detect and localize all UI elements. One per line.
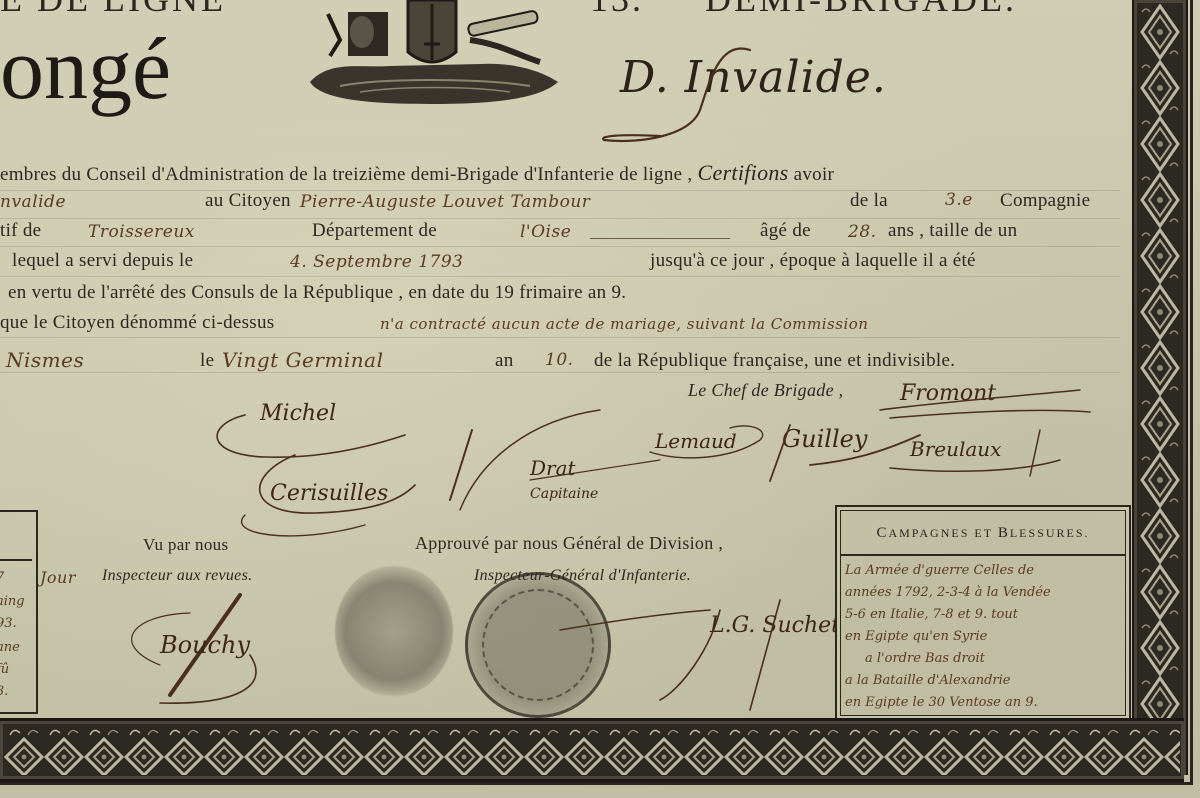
left-box-line: aing bbox=[0, 594, 25, 609]
body-text: jusqu'à ce jour , époque à laquelle il a… bbox=[650, 250, 976, 272]
header-number: 13. bbox=[590, 0, 644, 20]
body-text: de la République française, une et indiv… bbox=[594, 350, 955, 372]
left-box-line: 3. bbox=[0, 684, 8, 699]
hand-invalide: nvalide bbox=[0, 192, 66, 212]
hand-birthplace: Troissereux bbox=[88, 222, 195, 242]
campagnes-line: La Armée d'guerre Celles de bbox=[845, 563, 1034, 578]
header-right-caps: DEMI-BRIGADE. bbox=[705, 0, 1017, 20]
svg-text:Breulaux: Breulaux bbox=[909, 437, 1001, 461]
svg-text:L.G. Suchet: L.G. Suchet bbox=[709, 613, 840, 638]
body-text: âgé de bbox=[760, 220, 811, 242]
campagnes-line: années 1792, 2-3-4 à la Vendée bbox=[845, 585, 1051, 600]
svg-text:Cerisuilles: Cerisuilles bbox=[270, 481, 388, 506]
paper-rule bbox=[0, 218, 1120, 219]
signature-suchet: L.G. Suchet bbox=[600, 590, 820, 715]
signature-bouchy: Bouchy bbox=[100, 585, 340, 710]
svg-text:Capitaine: Capitaine bbox=[530, 486, 598, 502]
body-text: que le Citoyen dénommé ci-dessus bbox=[0, 312, 275, 334]
border-outer-line bbox=[0, 782, 1193, 785]
paper-rule bbox=[0, 337, 1120, 338]
hand-soldier-name: Pierre-Auguste Louvet Tambour bbox=[300, 192, 590, 212]
signature-michel-cerisuilles: Michel Cerisuilles bbox=[205, 385, 445, 545]
hand-year: 10. bbox=[545, 350, 574, 370]
left-box-line: 93. bbox=[0, 616, 17, 631]
svg-text:Drat: Drat bbox=[529, 456, 577, 480]
hand-marriage-note: n'a contracté aucun acte de mariage, sui… bbox=[380, 315, 868, 333]
certifions-text: Certifions bbox=[698, 160, 789, 185]
body-text: avoir bbox=[794, 164, 835, 185]
campagnes-et-blessures-box: CAMPAGNES ET BLESSURES. La Armée d'guerr… bbox=[835, 505, 1131, 721]
svg-text:Guilley: Guilley bbox=[782, 425, 868, 453]
body-text: lequel a servi depuis le bbox=[12, 250, 193, 272]
vu-par-nous: Vu par nous bbox=[143, 535, 228, 555]
hand-company: 3.e bbox=[945, 190, 973, 210]
border-pattern-icon bbox=[1138, 4, 1182, 771]
border-outer-line bbox=[1190, 0, 1193, 785]
chef-de-brigade-label: Le Chef de Brigade , bbox=[688, 380, 843, 401]
signature-drat: Drat Capitaine bbox=[420, 400, 660, 530]
signature-breulaux: Breulaux bbox=[890, 420, 1090, 490]
body-text: Département de bbox=[312, 220, 437, 242]
ink-seal-left bbox=[335, 565, 453, 697]
border-pattern-icon bbox=[4, 725, 1180, 775]
approuve-par-nous: Approuvé par nous Général de Division , bbox=[415, 533, 723, 554]
ink-seal-right bbox=[465, 572, 611, 718]
campagnes-separator bbox=[841, 554, 1125, 556]
inspecteur-aux-revues: Inspecteur aux revues. bbox=[102, 567, 252, 585]
invalide-flourish bbox=[600, 40, 840, 150]
campagnes-line: a la Bataille d'Alexandrie bbox=[845, 673, 1010, 688]
signature-lemaud: Lemaud bbox=[640, 410, 780, 480]
header-left-caps: E DE LIGNE bbox=[0, 0, 226, 20]
svg-text:Michel: Michel bbox=[259, 401, 336, 426]
document-page: E DE LIGNE 13. DEMI-BRIGADE. ongé D. Inv… bbox=[0, 0, 1200, 798]
left-table-box: 7 aing 93. ane fû 3. bbox=[0, 510, 38, 714]
hand-place: Nismes bbox=[6, 348, 84, 372]
body-text: tif de bbox=[0, 220, 41, 242]
paper-rule bbox=[0, 276, 1120, 277]
left-box-line: 7 bbox=[0, 570, 4, 585]
hand-jour: Jour bbox=[40, 568, 76, 587]
hand-date: Vingt Germinal bbox=[222, 348, 384, 372]
decorative-border-bottom bbox=[0, 718, 1184, 782]
body-text: le bbox=[200, 350, 214, 372]
svg-text:Lemaud: Lemaud bbox=[654, 429, 737, 453]
decorative-border-right bbox=[1132, 0, 1188, 775]
body-text: embres du Conseil d'Administration de la… bbox=[0, 164, 692, 185]
left-box-line: ane bbox=[0, 640, 20, 655]
body-text: en vertu de l'arrêté des Consuls de la R… bbox=[8, 282, 626, 304]
body-line-1: embres du Conseil d'Administration de la… bbox=[0, 160, 834, 186]
hand-age: 28. bbox=[848, 222, 877, 242]
campagnes-line: en Egipte qu'en Syrie bbox=[845, 629, 987, 644]
left-box-line: fû bbox=[0, 662, 9, 677]
body-text: au Citoyen bbox=[205, 190, 291, 212]
document-title: ongé bbox=[0, 26, 171, 114]
fill-line bbox=[590, 238, 730, 239]
body-text: Compagnie bbox=[1000, 190, 1090, 212]
paper-rule bbox=[0, 246, 1120, 247]
campagnes-line: en Egipte le 30 Ventose an 9. bbox=[845, 695, 1038, 710]
body-text: de la bbox=[850, 190, 888, 212]
svg-text:Bouchy: Bouchy bbox=[159, 631, 250, 659]
emblem-icon bbox=[300, 0, 565, 106]
campagnes-line: a l'ordre Bas droit bbox=[865, 651, 985, 666]
body-text: an bbox=[495, 350, 514, 372]
left-table-separator bbox=[0, 559, 32, 561]
hand-service-date: 4. Septembre 1793 bbox=[290, 252, 463, 272]
campagnes-title: CAMPAGNES ET BLESSURES. bbox=[837, 525, 1129, 542]
hand-department: l'Oise bbox=[520, 222, 571, 242]
campagnes-line: 5-6 en Italie, 7-8 et 9. tout bbox=[845, 607, 1018, 622]
body-text: ans , taille de un bbox=[888, 220, 1017, 242]
